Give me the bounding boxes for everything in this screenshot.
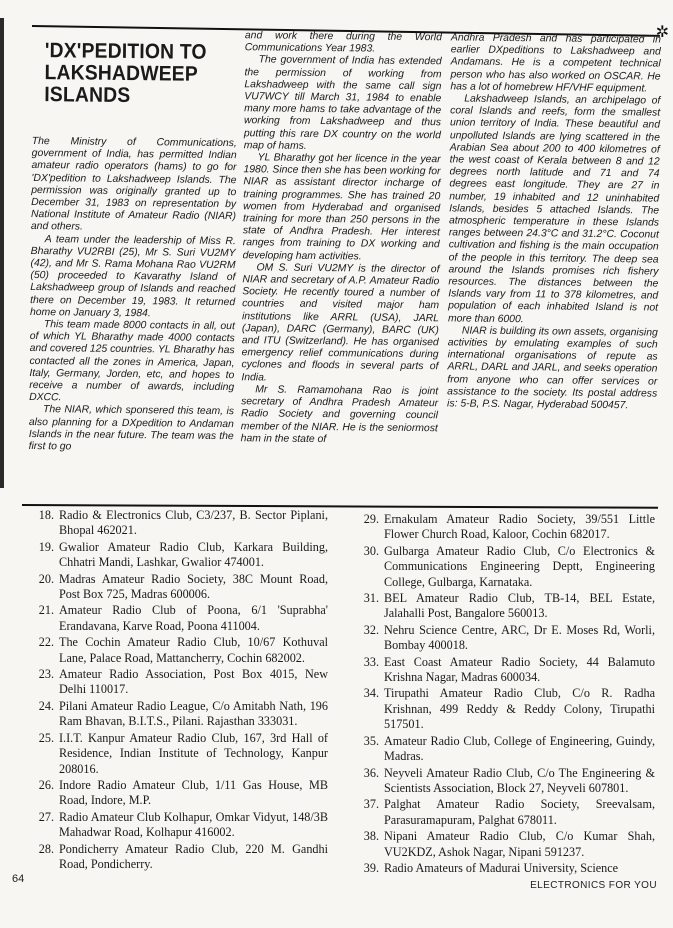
article-box: 'DX'PEDITION TO LAKSHADWEEP ISLANDS The … [28,28,663,511]
directory-entry: 19.Gwalior Amateur Radio Club, Karkara B… [30,540,328,571]
directory-left-column: 18.Radio & Electronics Club, C3/237, B. … [30,508,328,873]
entry-text: Ernakulam Amateur Radio Society, 39/551 … [384,512,655,543]
entry-number: 34. [355,686,384,732]
entry-text: Nipani Amateur Radio Club, C/o Kumar Sha… [384,829,655,860]
entry-number: 32. [355,623,384,654]
paragraph: Mr S. Ramamohana Rao is joint secretary … [241,384,439,447]
entry-number: 19. [30,540,59,571]
directory-entry: 23.Amateur Radio Association, Post Box 4… [30,667,328,698]
entry-text: Pilani Amateur Radio League, C/o Amitabh… [59,699,328,730]
entry-text: Palghat Amateur Radio Society, Sreevalsa… [384,797,655,828]
paragraph: A team under the leadership of Miss R. B… [30,234,236,322]
page-binding-edge [0,18,4,488]
directory-entry: 32.Nehru Science Centre, ARC, Dr E. Mose… [355,623,655,654]
entry-text: Amateur Radio Club, College of Engineeri… [384,734,655,765]
directory-entry: 39.Radio Amateurs of Madurai University,… [355,861,655,876]
entry-text: East Coast Amateur Radio Society, 44 Bal… [384,655,655,686]
page-number: 64 [12,873,24,885]
entry-number: 29. [355,512,384,543]
entry-number: 28. [30,842,59,873]
directory-entry: 24.Pilani Amateur Radio League, C/o Amit… [30,699,328,730]
entry-number: 39. [355,861,384,876]
directory-entry: 33.East Coast Amateur Radio Society, 44 … [355,655,655,686]
entry-number: 26. [30,778,59,809]
entry-number: 22. [30,635,59,666]
paragraph: YL Bharathy got her licence in the year … [243,152,441,264]
paragraph: NIAR is building its own assets, organis… [447,325,658,413]
directory-entry: 26.Indore Radio Amateur Club, 1/11 Gas H… [30,778,328,809]
article-column-2: and work there during the World Communic… [241,30,442,447]
entry-text: Radio & Electronics Club, C3/237, B. Sec… [59,508,328,539]
article-column-1: 'DX'PEDITION TO LAKSHADWEEP ISLANDS The … [29,28,238,455]
entry-text: The Cochin Amateur Radio Club, 10/67 Kot… [59,635,328,666]
directory-entry: 36.Neyveli Amateur Radio Club, C/o The E… [355,766,655,797]
entry-number: 20. [30,572,59,603]
directory-entry: 38.Nipani Amateur Radio Club, C/o Kumar … [355,829,655,860]
paragraph: OM S. Suri VU2MY is the director of NIAR… [241,262,439,386]
entry-text: Radio Amateur Club Kolhapur, Omkar Vidyu… [59,810,328,841]
entry-text: Gulbarga Amateur Radio Club, C/o Electro… [384,544,655,590]
entry-text: Indore Radio Amateur Club, 1/11 Gas Hous… [59,778,328,809]
paragraph: The government of India has extended the… [244,55,442,155]
directory-entry: 25.I.I.T. Kanpur Amateur Radio Club, 167… [30,731,328,777]
directory-right-column: 29.Ernakulam Amateur Radio Society, 39/5… [355,512,655,877]
entry-number: 36. [355,766,384,797]
entry-text: Gwalior Amateur Radio Club, Karkara Buil… [59,540,328,571]
directory-entry: 34.Tirupathi Amateur Radio Club, C/o R. … [355,686,655,732]
entry-text: Nehru Science Centre, ARC, Dr E. Moses R… [384,623,655,654]
entry-text: Neyveli Amateur Radio Club, C/o The Engi… [384,766,655,797]
directory-entry: 21.Amateur Radio Club of Poona, 6/1 'Sup… [30,603,328,634]
paragraph: This team made 8000 contacts in all, out… [29,319,235,407]
directory-entry: 35.Amateur Radio Club, College of Engine… [355,734,655,765]
entry-text: I.I.T. Kanpur Amateur Radio Club, 167, 3… [59,731,328,777]
entry-text: Pondicherry Amateur Radio Club, 220 M. G… [59,842,328,873]
directory-entry: 29.Ernakulam Amateur Radio Society, 39/5… [355,512,655,543]
directory-entry: 20.Madras Amateur Radio Society, 38C Mou… [30,572,328,603]
entry-text: Radio Amateurs of Madurai University, Sc… [384,861,655,876]
directory-entry: 22.The Cochin Amateur Radio Club, 10/67 … [30,635,328,666]
paragraph: The Ministry of Communications, governme… [31,136,237,236]
entry-number: 25. [30,731,59,777]
paragraph: Lakshadweep Islands, an archipelago of c… [448,93,660,327]
directory-entry: 30.Gulbarga Amateur Radio Club, C/o Elec… [355,544,655,590]
entry-text: Tirupathi Amateur Radio Club, C/o R. Rad… [384,686,655,732]
article-column-3: Andhra Pradesh and has participated in e… [447,32,661,412]
entry-number: 21. [30,603,59,634]
paragraph: The NIAR, which sponsered this team, is … [29,404,234,455]
entry-text: Madras Amateur Radio Society, 38C Mount … [59,572,328,603]
paragraph: and work there during the World Communic… [245,30,442,56]
entry-number: 23. [30,667,59,698]
directory-entry: 31.BEL Amateur Radio Club, TB-14, BEL Es… [355,591,655,622]
entry-number: 24. [30,699,59,730]
entry-number: 27. [30,810,59,841]
entry-text: Amateur Radio Association, Post Box 4015… [59,667,328,698]
directory-entry: 18.Radio & Electronics Club, C3/237, B. … [30,508,328,539]
publication-footer: ELECTRONICS FOR YOU [530,880,657,891]
entry-number: 35. [355,734,384,765]
entry-number: 18. [30,508,59,539]
entry-text: BEL Amateur Radio Club, TB-14, BEL Estat… [384,591,655,622]
directory-entry: 37.Palghat Amateur Radio Society, Sreeva… [355,797,655,828]
article-headline: 'DX'PEDITION TO LAKSHADWEEP ISLANDS [44,40,222,108]
club-directory: 18.Radio & Electronics Club, C3/237, B. … [30,508,660,863]
entry-number: 37. [355,797,384,828]
entry-number: 38. [355,829,384,860]
directory-entry: 27.Radio Amateur Club Kolhapur, Omkar Vi… [30,810,328,841]
entry-number: 30. [355,544,384,590]
entry-number: 33. [355,655,384,686]
entry-number: 31. [355,591,384,622]
entry-text: Amateur Radio Club of Poona, 6/1 'Suprab… [59,603,328,634]
directory-entry: 28.Pondicherry Amateur Radio Club, 220 M… [30,842,328,873]
paragraph: Andhra Pradesh and has participated in e… [450,32,661,95]
